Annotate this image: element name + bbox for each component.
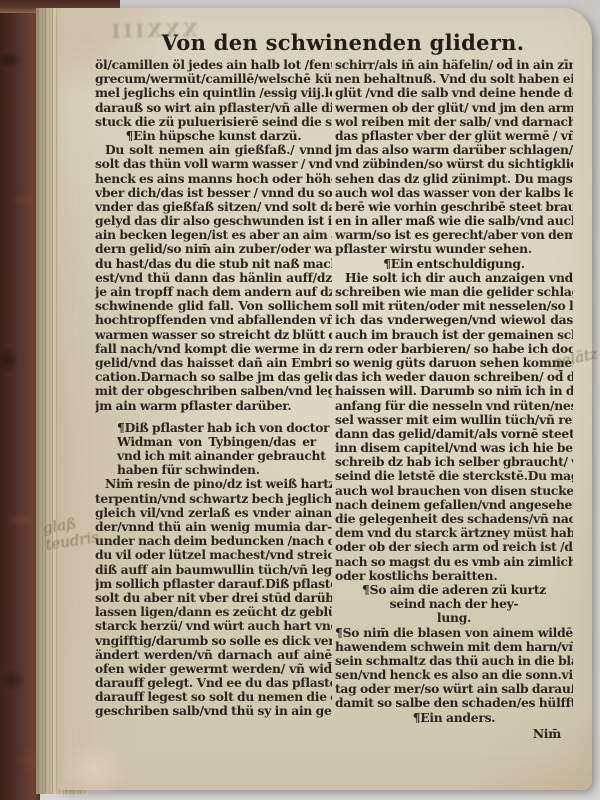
text-line: Nim̄ — [335, 727, 573, 741]
text-line: pflaster wirstu wunder sehen. — [335, 242, 573, 256]
text-line: gleich vil/vnd zerlaß es vnder ainan — [95, 506, 332, 520]
text-line: berē wie vorhin geschribē steet brauch — [335, 200, 573, 214]
text-line: hawendem schwein mit dem harn/vñ — [335, 640, 573, 654]
text-line: auch wol brauchen von disen stucken — [335, 484, 573, 498]
text-line: anfang für die nesseln vnd rüten/nes — [335, 399, 573, 413]
text-line: nach so magst du es vmb ain zimlichs — [335, 555, 573, 569]
text-line: stuck die zü puluerisierē seind die stoß… — [95, 115, 332, 129]
text-line: ¶Ein entschuldigung. — [335, 257, 573, 271]
text-line: ich das vnderwegen/vnd wiewol das — [335, 313, 573, 327]
text-line: das pflaster vber der glüt wermē / vñ — [335, 129, 573, 143]
text-line: Nim̄ resin de pino/dz ist weiß hartz — [95, 477, 332, 491]
text-line: die gelegenheit des schadens/vñ nach — [335, 512, 573, 526]
text-line: so wenig güts daruon sehen kommen — [335, 356, 573, 370]
text-line: diß auff ain baumwullin tüch/vñ leg — [95, 563, 332, 577]
text-line: rern oder barbieren/ so habe ich doch — [335, 342, 573, 356]
text-line: Hie solt ich dir auch anzaigen vnd — [335, 271, 573, 285]
text-line: schreib dz hab ich selber gbraucht/ vñ — [335, 455, 573, 469]
text-line: du hast/das du die stub nit naß mach — [95, 257, 332, 271]
text-line: solt das thün voll warm wasser / vnd — [95, 157, 332, 171]
text-line: dann das gelid/damit/als vornē steet — [335, 427, 573, 441]
text-line: tag oder mer/so würt ain salb darauß — [335, 682, 573, 696]
text-line: vngifftig/darumb so solle es dick ver- — [95, 634, 332, 648]
text-line: jm das also warm darüber schlagen/ — [335, 143, 573, 157]
text-line: sel wasser mit eim wullin tüch/vñ reib — [335, 413, 573, 427]
book-binding-leather — [0, 0, 40, 800]
text-line: oder kostlichs beraitten. — [335, 569, 573, 583]
text-line: lung. — [335, 611, 573, 625]
book-page: XXXIII Von den schwinenden glidern. öl/c… — [58, 8, 592, 790]
text-line: sen/vnd henck es also an die sonn.viij — [335, 668, 573, 682]
text-line: vnd ich mit ainander gebraucht — [95, 449, 332, 463]
text-line: mel jeglichs ein quintlin /essig viij.lo… — [95, 86, 332, 100]
text-line: wermen ob der glüt/ vnd jm den arm — [335, 101, 573, 115]
text-line: gelyd das dir also geschwunden ist iñ — [95, 214, 332, 228]
text-line: damit so salbe den schaden/es hülfft. — [335, 696, 573, 710]
text-line: das ich weder dauon schreiben/ od̄ dz — [335, 370, 573, 384]
text-line: dem vnd du starck ärtzney müst habē — [335, 526, 573, 540]
text-line: haissen will. Darumb so nim̄ ich in dē — [335, 384, 573, 398]
text-line: ¶Ein hüpsche kunst darzü. — [95, 129, 332, 143]
text-line: Du solt nemen ain gießfaß./ vnnd — [95, 143, 332, 157]
text-line: glüt /vnd die salb vnd deine hende do — [335, 86, 573, 100]
text-line: ¶So aim die aderen zü kurtz — [335, 583, 573, 597]
text-line: vnd zübinden/so würst du sichtigklich — [335, 157, 573, 171]
text-line: sein schmaltz das thü auch in die bla- — [335, 654, 573, 668]
text-line: hochtropffenden vnd abfallenden vñ — [95, 313, 332, 327]
text-line: darauff gelegt. Vnd ee du das pflaster — [95, 676, 332, 690]
text-line: ¶Diß pflaster hab ich von doctor — [95, 421, 332, 435]
text-line: ofen wider gewermt werden/ vñ wid̄ — [95, 662, 332, 676]
text-line: inn disem capitel/vnd was ich hie be- — [335, 441, 573, 455]
text-line: fall nach/vnd kompt die werme in dz — [95, 342, 332, 356]
text-line: ain becken legen/ist es aber an aim an — [95, 228, 332, 242]
text-line: der/vnnd thü ain wenig mumia dar- — [95, 520, 332, 534]
text-line: cation.Darnach so salbe jm das gelid — [95, 370, 332, 384]
text-line: mit der obgeschriben salben/vnd lege — [95, 384, 332, 398]
text-line: geschriben salb/vnd thü sy in ain ge- — [95, 704, 332, 718]
text-line: wol reiben mit der salb/ vnd darnach — [335, 115, 573, 129]
text-line: öl/camillen öl jedes ain halb lot /fenu — [95, 58, 332, 72]
text-line: Widman von Tybingen/das er — [95, 435, 332, 449]
text-line: gelid/vnd das haisset dañ ain Embri — [95, 356, 332, 370]
text-line: henck es ains manns hoch oder höher — [95, 172, 332, 186]
text-column-left: öl/camillen öl jedes ain halb lot /fenug… — [95, 58, 332, 719]
text-line: nen behaltnuß. Vnd du solt haben ein — [335, 72, 573, 86]
text-line: vnder das gießfaß sitzen/ vnd solt das — [95, 200, 332, 214]
paper-stain — [60, 743, 130, 798]
text-line: ändert werden/vñ darnach auf ainē — [95, 648, 332, 662]
text-line: solt du aber nit vber drei stūd darüber — [95, 591, 332, 605]
text-line: ¶Ein anders. — [335, 711, 573, 725]
chapter-title: Von den schwinenden glidern. — [96, 30, 576, 55]
text-line: darauß so wirt ain pflaster/vñ alle die — [95, 101, 332, 115]
text-line: vber dich/das ist besser / vnnd du solt — [95, 186, 332, 200]
text-line: grecum/wermüt/camillē/welschē kü — [95, 72, 332, 86]
text-line: seind die letstē die sterckstē.Du magst — [335, 469, 573, 483]
text-line: schreiben wie man die gelider schlagē — [335, 285, 573, 299]
text-line: jm ain warm pflaster darüber. — [95, 399, 332, 413]
text-line: under nach deim beduncken /nach dē — [95, 534, 332, 548]
text-line: haben für schwinden. — [95, 463, 332, 477]
text-line: sehen das dz glid zünimpt. Du magst — [335, 172, 573, 186]
text-line: schirr/als iñ ain häfelin/ od̄ in ain zī… — [335, 58, 573, 72]
text-line: starck herzü/ vnd würt auch hart vnd — [95, 619, 332, 633]
text-line: ¶So nim̄ die blasen von ainem wildē — [335, 626, 573, 640]
text-line: du vil oder lützel machest/vnd streich — [95, 548, 332, 562]
text-line: lassen ligen/dann es zeücht dz geblütt — [95, 605, 332, 619]
text-line: warmen wasser so streicht dz blütt dē — [95, 328, 332, 342]
text-line: schwinende glid fall. Von sollichem — [95, 299, 332, 313]
text-line: seind nach der hey- — [335, 597, 573, 611]
text-line: darauff legest so solt du nemen die ob — [95, 690, 332, 704]
text-column-right: schirr/als iñ ain häfelin/ od̄ in ain zī… — [335, 58, 573, 741]
text-line: jm sollich pflaster darauf.Diß pflaster — [95, 577, 332, 591]
text-line: oder ob der siech arm od̄ reich ist /dar — [335, 540, 573, 554]
text-line: auch im brauch ist der gemainen sche — [335, 328, 573, 342]
text-line: en in aller maß wie die salb/vnd auch — [335, 214, 573, 228]
text-line: soll mit rüten/oder mit nesselen/so laß — [335, 299, 573, 313]
text-line: est/vnd thü dann das hänlin auff/dz — [95, 271, 332, 285]
text-line: je ain tropff nach dem andern auf dz — [95, 285, 332, 299]
photo-of-book-page: { "colors":{"bg":"#d1cfcc","leather":"#5… — [0, 0, 600, 800]
text-line: terpentin/vnd schwartz bech jegliches — [95, 492, 332, 506]
text-line: nach deinem gefallen/vnd angesehen — [335, 498, 573, 512]
text-line: auch wol das wasser von der kalbs le- — [335, 186, 573, 200]
text-line: dern gelid/so nim̄ ain zuber/oder was — [95, 242, 332, 256]
text-line: warm/so ist es gerecht/aber von dem — [335, 228, 573, 242]
